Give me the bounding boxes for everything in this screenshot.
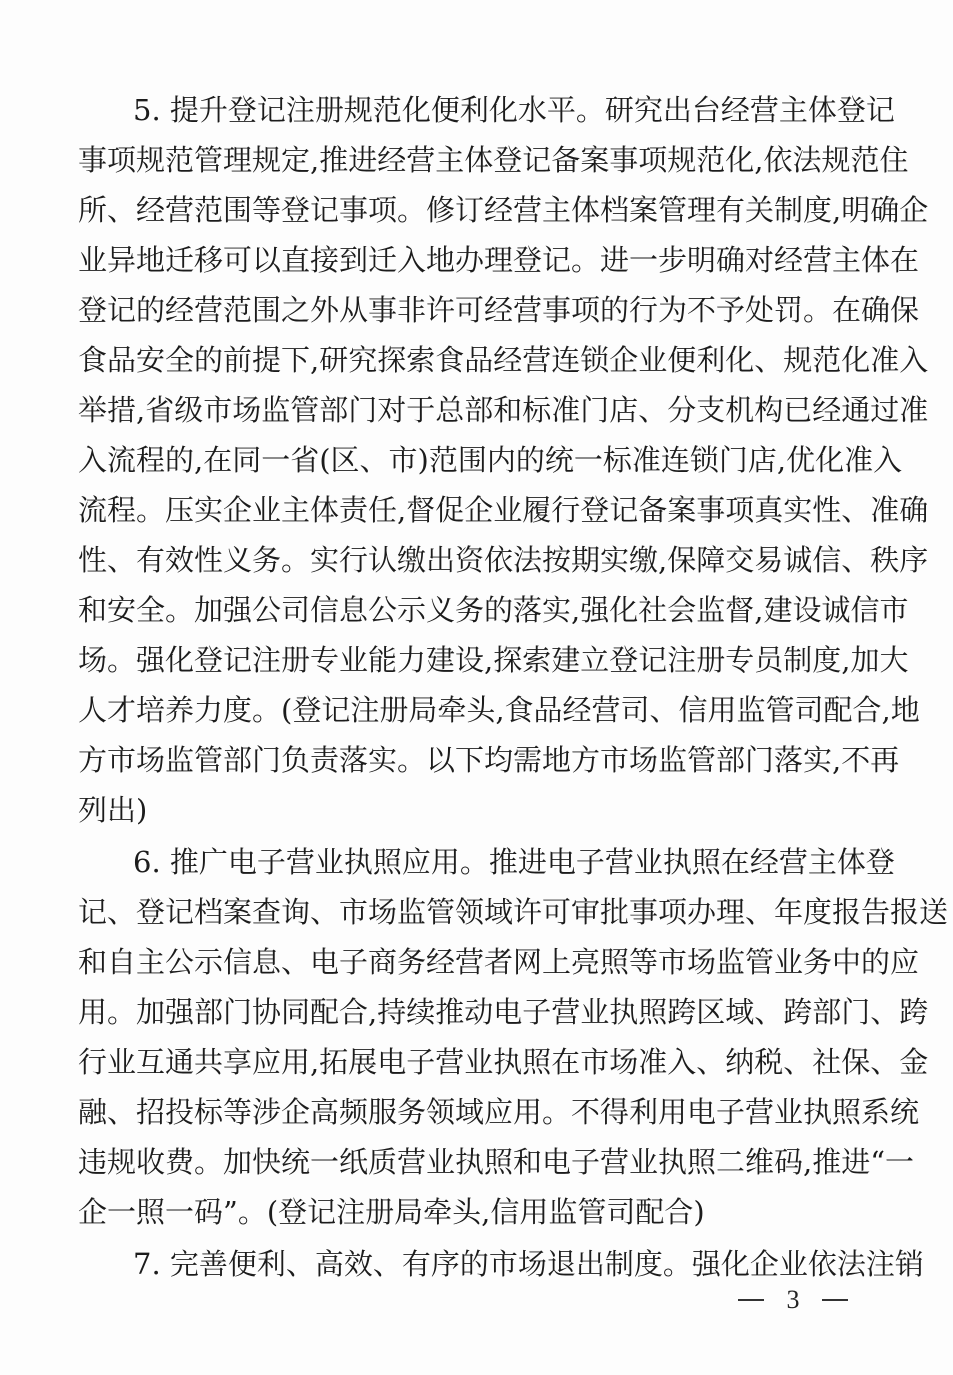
text-line: 7. 完善便利、高效、有序的市场退出制度。强化企业依法注销	[133, 1246, 878, 1282]
text-line: 和安全。加强公司信息公示义务的落实,强化社会监督,建设诚信市	[78, 592, 878, 628]
text-line: 列出)	[78, 792, 878, 828]
text-line: 融、招投标等涉企高频服务领域应用。不得利用电子营业执照系统	[78, 1094, 878, 1130]
dash-left	[738, 1299, 764, 1301]
text-line: 性、有效性义务。实行认缴出资依法按期实缴,保障交易诚信、秩序	[78, 542, 878, 578]
text-line: 流程。压实企业主体责任,督促企业履行登记备案事项真实性、准确	[78, 492, 878, 528]
text-line: 记、登记档案查询、市场监管领域许可审批事项办理、年度报告报送	[78, 894, 878, 930]
text-line: 业异地迁移可以直接到迁入地办理登记。进一步明确对经营主体在	[78, 242, 878, 278]
text-line: 和自主公示信息、电子商务经营者网上亮照等市场监管业务中的应	[78, 944, 878, 980]
text-line: 场。强化登记注册专业能力建设,探索建立登记注册专员制度,加大	[78, 642, 878, 678]
page-number-value: 3	[787, 1284, 800, 1316]
document-page: 5. 提升登记注册规范化便利化水平。研究出台经营主体登记 事项规范管理规定,推进…	[0, 0, 953, 1375]
text-line: 事项规范管理规定,推进经营主体登记备案事项规范化,依法规范住	[78, 142, 878, 178]
text-line: 举措,省级市场监管部门对于总部和标准门店、分支机构已经通过准	[78, 392, 878, 428]
page-number: 3	[738, 1284, 848, 1316]
text-line: 方市场监管部门负责落实。以下均需地方市场监管部门落实,不再	[78, 742, 878, 778]
text-line: 违规收费。加快统一纸质营业执照和电子营业执照二维码,推进“一	[78, 1144, 878, 1180]
text-line: 用。加强部门协同配合,持续推动电子营业执照跨区域、跨部门、跨	[78, 994, 878, 1030]
text-line: 登记的经营范围之外从事非许可经营事项的行为不予处罚。在确保	[78, 292, 878, 328]
text-line: 人才培养力度。(登记注册局牵头,食品经营司、信用监管司配合,地	[78, 692, 878, 728]
text-line: 所、经营范围等登记事项。修订经营主体档案管理有关制度,明确企	[78, 192, 878, 228]
text-line: 食品安全的前提下,研究探索食品经营连锁企业便利化、规范化准入	[78, 342, 878, 378]
text-line: 6. 推广电子营业执照应用。推进电子营业执照在经营主体登	[133, 844, 878, 880]
dash-right	[822, 1299, 848, 1301]
text-line: 5. 提升登记注册规范化便利化水平。研究出台经营主体登记	[133, 92, 878, 128]
text-line: 企一照一码”。(登记注册局牵头,信用监管司配合)	[78, 1194, 878, 1230]
text-line: 行业互通共享应用,拓展电子营业执照在市场准入、纳税、社保、金	[78, 1044, 878, 1080]
text-line: 入流程的,在同一省(区、市)范围内的统一标准连锁门店,优化准入	[78, 442, 878, 478]
